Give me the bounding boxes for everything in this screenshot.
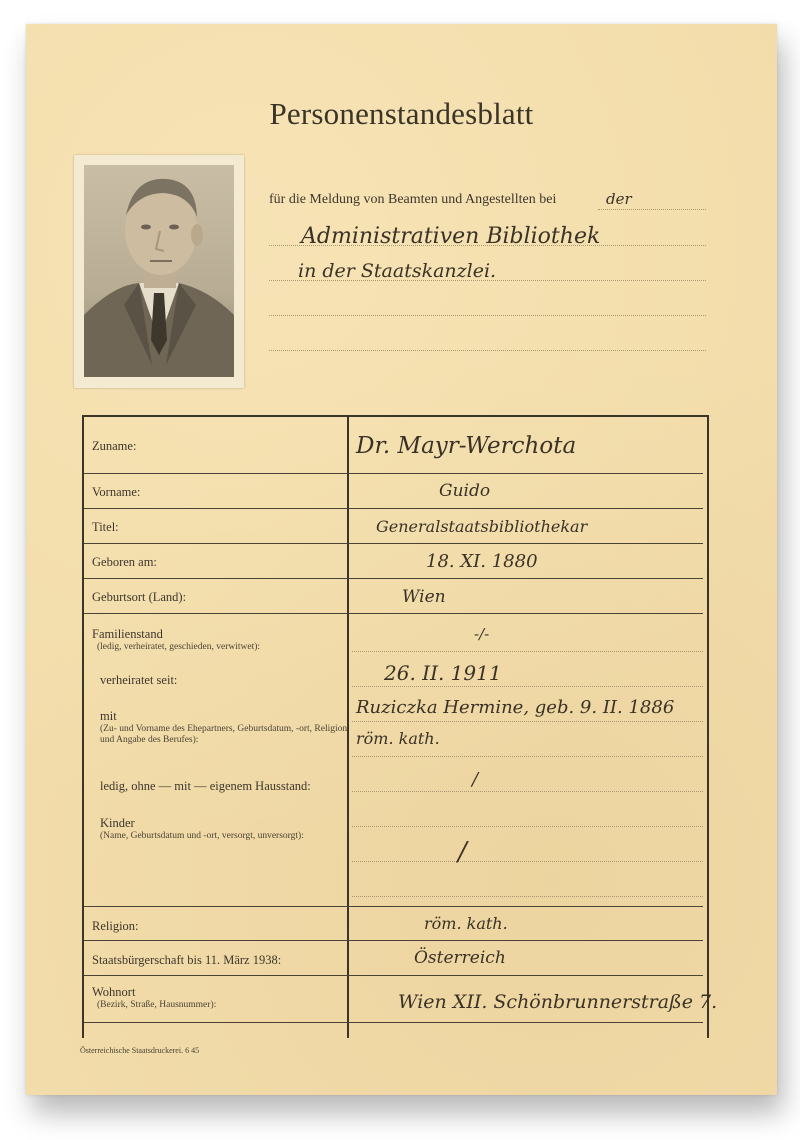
value-familienstand: -/- (474, 625, 489, 643)
row-divider (84, 543, 703, 544)
intro-dotted-line (269, 350, 706, 351)
label-ehepartner-hint: (Zu- und Vorname des Ehepartners, Geburt… (100, 724, 348, 746)
label-wohnort-hint: (Bezirk, Straße, Hausnummer): (92, 1000, 216, 1011)
portrait-photo (74, 155, 244, 388)
intro-text: für die Meldung von Beamten und Angestel… (269, 192, 556, 208)
label-zuname: Zuname: (92, 439, 136, 454)
value-religion: röm. kath. (424, 914, 508, 933)
value-geboren: 18. XI. 1880 (426, 551, 538, 572)
dotted-line (352, 896, 703, 897)
label-familienstand-main: Familienstand (92, 627, 163, 641)
value-kinder: / (458, 837, 467, 867)
label-titel: Titel: (92, 520, 119, 535)
value-hausstand: / (472, 769, 478, 790)
personal-data-table: Zuname: Vorname: Titel: Geboren am: Gebu… (82, 415, 709, 1038)
label-geboren: Geboren am: (92, 555, 157, 570)
row-divider (84, 613, 703, 614)
document-title: Personenstandesblatt (26, 96, 777, 132)
row-divider (84, 578, 703, 579)
value-zuname: Dr. Mayr-Werchota (356, 433, 576, 459)
intro-dotted-line (269, 315, 706, 316)
label-verheiratet-seit: verheiratet seit: (100, 673, 177, 688)
value-verheiratet-seit: 26. II. 1911 (384, 661, 502, 685)
portrait-icon (84, 165, 234, 377)
row-divider (84, 508, 703, 509)
label-wohnort-main: Wohnort (92, 985, 135, 999)
label-familienstand: Familienstand (ledig, verheiratet, gesch… (92, 627, 260, 653)
dotted-line (352, 756, 703, 757)
row-divider (84, 940, 703, 941)
dotted-line (352, 651, 703, 652)
portrait-image (84, 165, 234, 377)
label-vorname: Vorname: (92, 485, 140, 500)
value-geburtsort: Wien (402, 587, 446, 607)
row-divider (84, 473, 703, 474)
label-geburtsort: Geburtsort (Land): (92, 590, 186, 605)
dotted-line (352, 686, 703, 687)
label-kinder: Kinder (Name, Geburtsdatum und -ort, ver… (100, 816, 348, 842)
value-wohnort: Wien XII. Schönbrunnerstraße 7. (398, 991, 717, 1013)
value-ehepartner: Ruziczka Hermine, geb. 9. II. 1886 (356, 697, 674, 718)
label-kinder-main: Kinder (100, 816, 135, 830)
label-religion: Religion: (92, 919, 139, 934)
row-divider (84, 975, 703, 976)
row-divider (84, 906, 703, 907)
label-hausstand: ledig, ohne — mit — eigenem Hausstand: (100, 779, 311, 794)
label-familienstand-hint: (ledig, verheiratet, geschieden, verwitw… (92, 642, 260, 653)
row-divider (84, 1022, 703, 1023)
value-staatsbuergerschaft: Österreich (414, 948, 506, 968)
dotted-line (352, 791, 703, 792)
label-ehepartner-main: mit (100, 709, 117, 723)
label-staatsbuergerschaft: Staatsbürgerschaft bis 11. März 1938: (92, 953, 281, 968)
intro-handwritten-1: der (606, 190, 632, 208)
printer-imprint: Österreichische Staatsdruckerei. 6 45 (80, 1046, 199, 1055)
value-titel: Generalstaatsbibliothekar (376, 517, 587, 536)
label-ehepartner: mit (Zu- und Vorname des Ehepartners, Ge… (100, 709, 348, 746)
intro-handwritten-3: in der Staatskanzlei. (298, 260, 496, 282)
label-wohnort: Wohnort (Bezirk, Straße, Hausnummer): (92, 985, 216, 1011)
value-ehepartner-religion: röm. kath. (356, 729, 440, 748)
dotted-line (352, 721, 703, 722)
value-vorname: Guido (439, 481, 490, 501)
label-kinder-hint: (Name, Geburtsdatum und -ort, versorgt, … (100, 831, 348, 842)
dotted-line (352, 826, 703, 827)
intro-dotted-line (598, 209, 706, 210)
document-page: Personenstandesblatt (26, 24, 777, 1095)
intro-dotted-line (269, 280, 706, 281)
intro-dotted-line (269, 245, 706, 246)
dotted-line (352, 861, 703, 862)
